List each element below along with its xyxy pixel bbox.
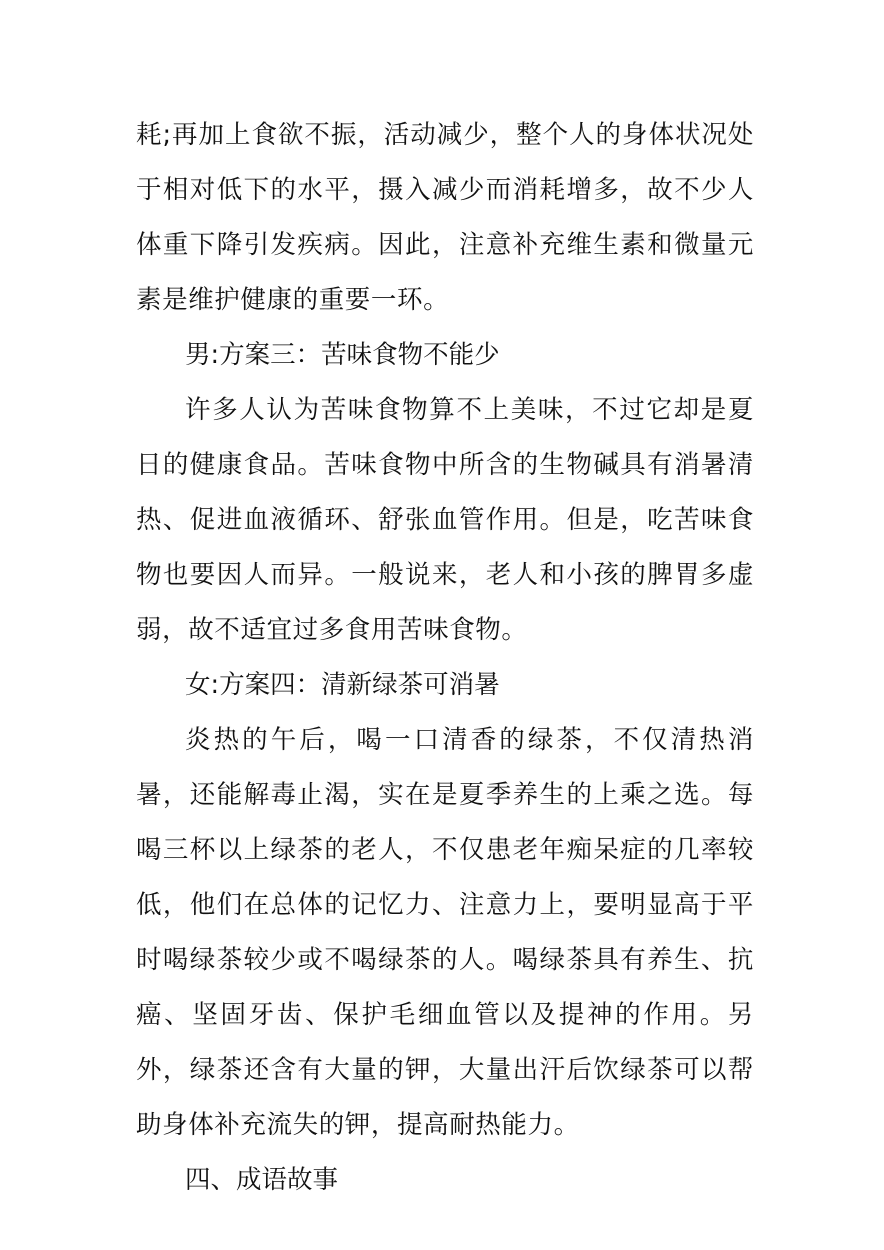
document-page: 耗;再加上食欲不振，活动减少，整个人的身体状况处于相对低下的水平，摄入减少而消耗… [0,0,884,1250]
document-body: 耗;再加上食欲不振，活动减少，整个人的身体状况处于相对低下的水平，摄入减少而消耗… [136,108,754,1208]
heading-plan-three: 男:方案三：苦味食物不能少 [136,328,754,383]
heading-idiom-stories: 四、成语故事 [136,1153,754,1208]
heading-plan-four: 女:方案四：清新绿茶可消暑 [136,658,754,713]
paragraph-green-tea: 炎热的午后，喝一口清香的绿茶，不仅清热消暑，还能解毒止渴，实在是夏季养生的上乘之… [136,713,754,1153]
paragraph-vitamins-continued: 耗;再加上食欲不振，活动减少，整个人的身体状况处于相对低下的水平，摄入减少而消耗… [136,108,754,328]
paragraph-bitter-food: 许多人认为苦味食物算不上美味，不过它却是夏日的健康食品。苦味食物中所含的生物碱具… [136,383,754,658]
